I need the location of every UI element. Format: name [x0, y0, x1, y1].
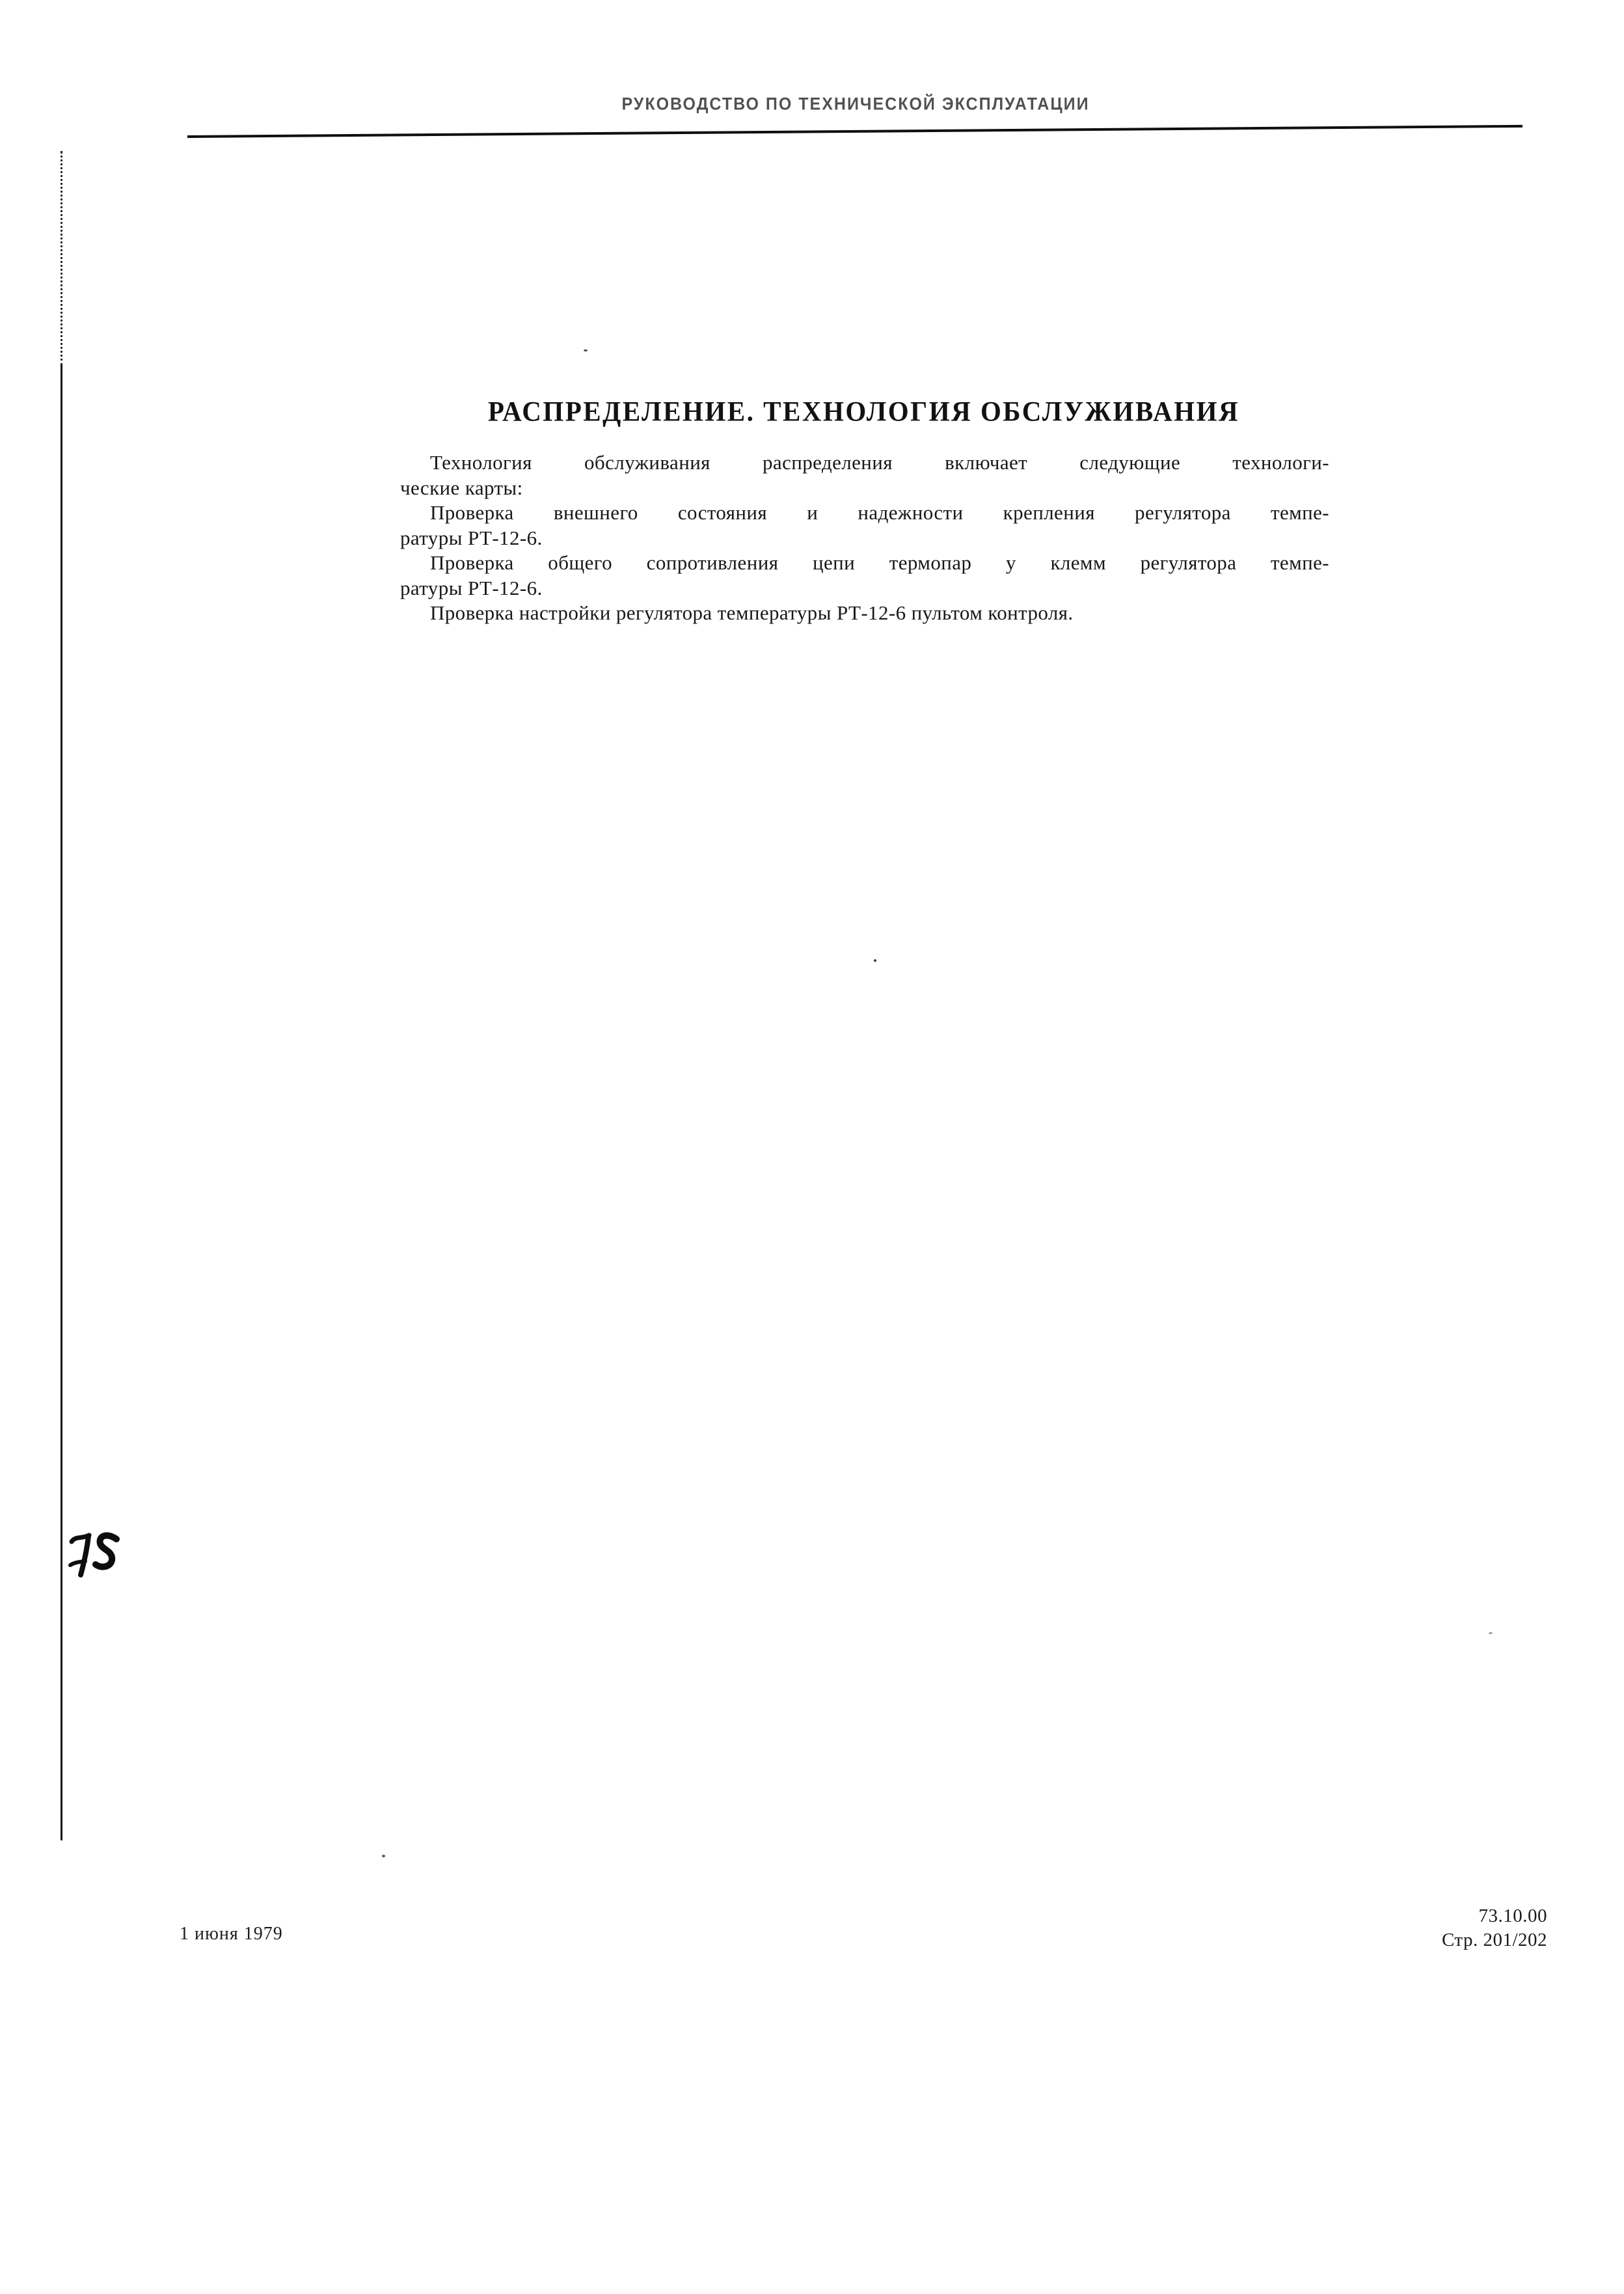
- page-title: РАСПРЕДЕЛЕНИЕ. ТЕХНОЛОГИЯ ОБСЛУЖИВАНИЯ: [189, 395, 1539, 428]
- scan-speck: [1489, 1632, 1493, 1634]
- handwritten-margin-note: [67, 1528, 127, 1581]
- body-line: Технология обслуживания распределения вк…: [400, 450, 1329, 476]
- body-line: Проверка настройки регулятора температур…: [400, 601, 1329, 626]
- footer-date: 1 июня 1979: [180, 1924, 283, 1945]
- body-line: ратуры РТ-12-6.: [400, 526, 1329, 551]
- handwriting-75-glyph: [67, 1528, 127, 1581]
- scan-speck: [584, 349, 588, 351]
- document-page: РУКОВОДСТВО ПО ТЕХНИЧЕСКОЙ ЭКСПЛУАТАЦИИ …: [0, 0, 1624, 2294]
- body-text: Технология обслуживания распределения вк…: [400, 450, 1329, 626]
- body-line: ратуры РТ-12-6.: [400, 576, 1329, 601]
- body-line: Проверка внешнего состояния и надежности…: [400, 500, 1329, 526]
- scan-speck: [382, 1855, 385, 1857]
- scan-speck: [874, 959, 876, 962]
- body-line: ческие карты:: [400, 476, 1329, 501]
- body-line: Проверка общего сопротивления цепи термо…: [400, 551, 1329, 576]
- binding-line-dotted: [61, 151, 62, 366]
- binding-line: [61, 364, 62, 1840]
- footer-page-ref: Стр. 201/202: [1442, 1928, 1547, 1952]
- running-header: РУКОВОДСТВО ПО ТЕХНИЧЕСКОЙ ЭКСПЛУАТАЦИИ: [189, 94, 1522, 115]
- footer-reference: 73.10.00 Стр. 201/202: [1442, 1904, 1547, 1952]
- header-rule: [187, 125, 1522, 138]
- footer-doc-number: 73.10.00: [1442, 1904, 1547, 1928]
